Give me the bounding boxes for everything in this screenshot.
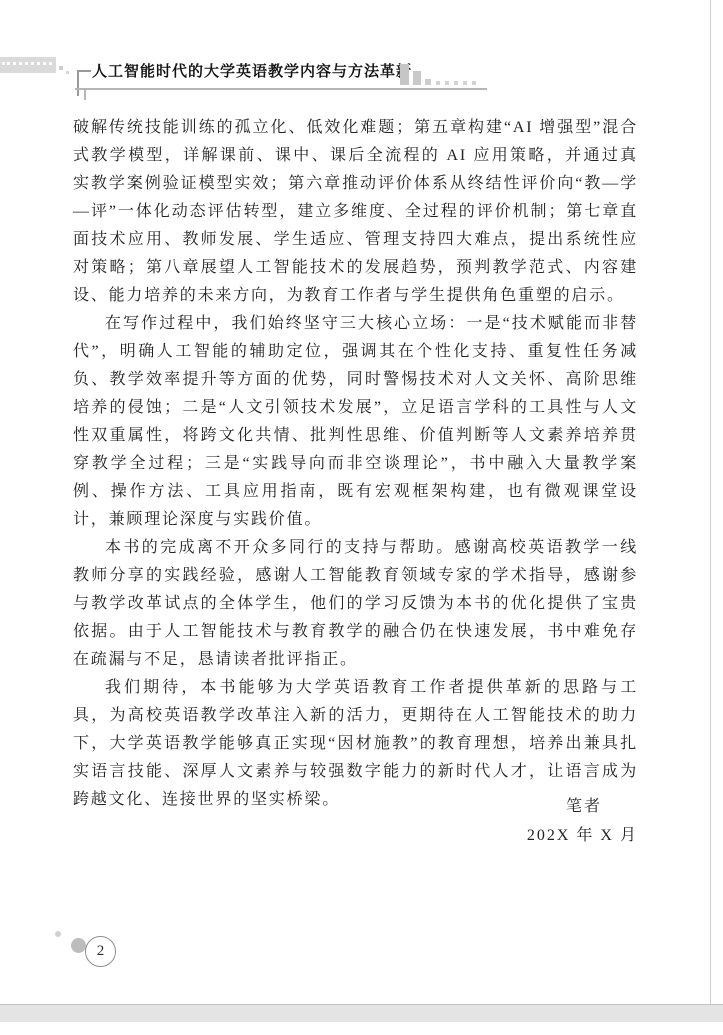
footer-dot-icon bbox=[71, 938, 86, 953]
paragraph: 在写作过程中，我们始终坚守三大核心立场：一是“技术赋能而非替代”，明确人工智能的… bbox=[73, 310, 638, 534]
page-bottom-band bbox=[0, 1004, 723, 1022]
page-header: 人工智能时代的大学英语教学内容与方法革新 bbox=[0, 0, 723, 105]
page-edge-line bbox=[710, 0, 711, 1004]
ornament-bar bbox=[425, 79, 431, 85]
preface-body: 破解传统技能训练的孤立化、低效化难题；第五章构建“AI 增强型”混合式教学模型，… bbox=[73, 114, 638, 814]
bar-chart-ornament-icon bbox=[400, 63, 490, 87]
header-rule-tick bbox=[84, 90, 86, 100]
dotted-strip-ornament-icon bbox=[0, 57, 56, 73]
footer-dot-icon bbox=[55, 931, 61, 937]
signature-author: 笔者 bbox=[73, 792, 638, 821]
header-rule bbox=[75, 88, 487, 90]
paragraph: 本书的完成离不开众多同行的支持与帮助。感谢高校英语教学一线教师分享的实践经验，感… bbox=[73, 534, 638, 674]
page-number: 2 bbox=[97, 943, 105, 960]
ornament-dot bbox=[463, 81, 467, 85]
page-number-badge: 2 bbox=[85, 936, 116, 967]
trail-dot-icon bbox=[66, 71, 69, 74]
ornament-dot bbox=[445, 81, 449, 85]
signature-block: 笔者 202X 年 X 月 bbox=[73, 792, 638, 850]
trail-dot-icon bbox=[59, 66, 63, 70]
ornament-dot bbox=[454, 81, 458, 85]
dotted-line-icon bbox=[2, 62, 52, 65]
signature-date: 202X 年 X 月 bbox=[73, 821, 638, 850]
ornament-dot bbox=[472, 81, 476, 85]
ornament-bar bbox=[413, 71, 421, 85]
ornament-dot bbox=[436, 81, 440, 85]
ornament-bar bbox=[400, 64, 409, 85]
paragraph: 破解传统技能训练的孤立化、低效化难题；第五章构建“AI 增强型”混合式教学模型，… bbox=[73, 114, 638, 310]
